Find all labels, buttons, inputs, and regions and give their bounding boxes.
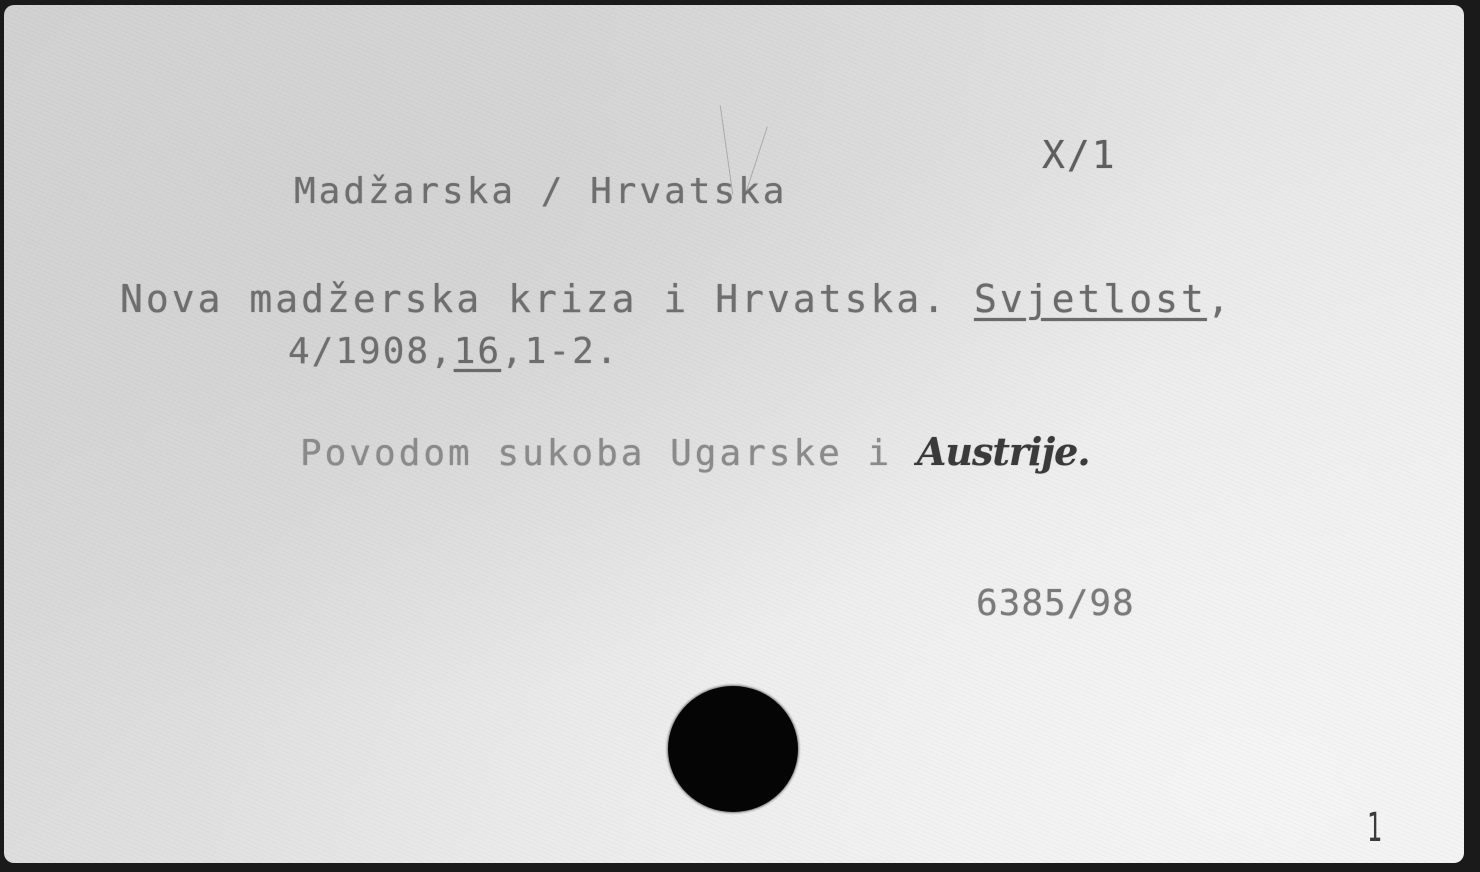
annotation-text: Povodom sukoba Ugarske i <box>300 433 917 474</box>
annotation-line: Povodom sukoba Ugarske i Austrije. <box>300 429 1090 474</box>
subject-heading: Madžarska / Hrvatska <box>294 171 787 212</box>
classmark: X/1 <box>1042 133 1117 177</box>
handwritten-correction: Austrije <box>917 429 1077 474</box>
punch-hole <box>668 686 798 812</box>
annotation-period: . <box>1077 429 1089 474</box>
accession-number: 6385/98 <box>976 583 1135 624</box>
journal-title: Svjetlost <box>974 277 1207 321</box>
citation-pages: ,1-2. <box>501 331 619 372</box>
entry-title: Nova madžerska kriza i Hrvatska. <box>120 277 948 321</box>
citation-volume: 16 <box>454 331 501 372</box>
citation-date: 4/1908, <box>288 331 454 372</box>
journal-comma: , <box>1207 277 1233 321</box>
catalog-card: X/1 Madžarska / Hrvatska Nova madžerska … <box>4 5 1464 863</box>
handwritten-page-mark: 1 <box>1367 805 1382 851</box>
entry-title-line: Nova madžerska kriza i Hrvatska. Svjetlo… <box>120 277 1233 321</box>
citation-line: 4/1908,16,1-2. <box>288 331 619 372</box>
